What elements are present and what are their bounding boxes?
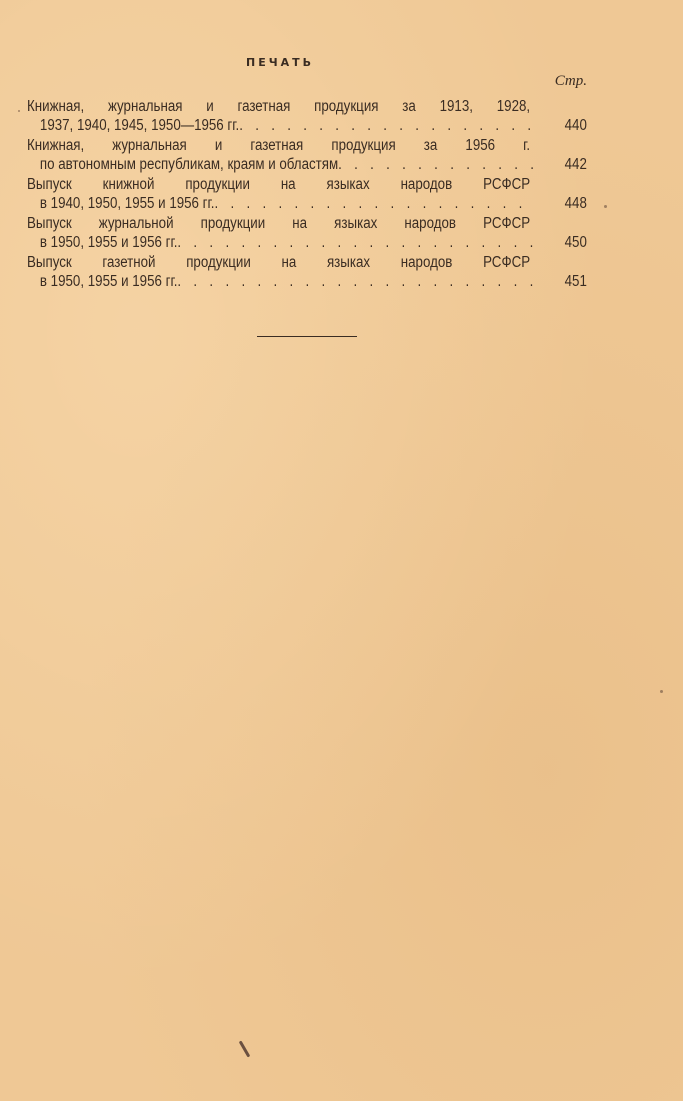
toc-entry-continuation: в 1950, 1955 и 1956 гг.. . . . . . . . .… (27, 233, 534, 252)
toc-entry-continuation: в 1950, 1955 и 1956 гг.. . . . . . . . .… (27, 272, 534, 291)
dot-leader: . . . . . . . . . . . . . . . . . . . . … (177, 234, 534, 251)
table-of-contents: Книжная, журнальная и газетная продукция… (27, 97, 587, 292)
toc-entry-title: Выпуск газетной продукции на языках наро… (27, 253, 530, 272)
toc-entry-page: 450 (565, 233, 587, 252)
toc-entry-continuation: 1937, 1940, 1945, 1950—1956 гг.. . . . .… (27, 116, 534, 135)
dot-leader: . . . . . . . . . . . . . . . . . . . . … (239, 117, 534, 134)
section-title: ПЕЧАТЬ (0, 56, 560, 69)
paper-speck (239, 1040, 251, 1057)
toc-entry: Книжная, журнальная и газетная продукция… (27, 97, 587, 135)
paper-speck (18, 110, 20, 112)
toc-entry-page: 442 (565, 155, 587, 174)
paper-speck (660, 690, 663, 693)
toc-entry-continuation: в 1940, 1950, 1955 и 1956 гг.. . . . . .… (27, 194, 534, 213)
toc-entry-title: Выпуск журнальной продукции на языках на… (27, 214, 530, 233)
toc-entry-page: 448 (565, 194, 587, 213)
page-column-label: Стр. (555, 73, 587, 90)
toc-entry-title: Книжная, журнальная и газетная продукция… (27, 136, 530, 155)
toc-entry: Книжная, журнальная и газетная продукция… (27, 136, 587, 174)
toc-entry-title: Выпуск книжной продукции на языках народ… (27, 175, 530, 194)
toc-entry-continuation: по автономным республикам, краям и облас… (27, 155, 534, 174)
toc-entry-title: Книжная, журнальная и газетная продукция… (27, 97, 530, 116)
dot-leader: . . . . . . . . . . . . . . . . . . . . … (177, 273, 534, 290)
paper-speck (604, 205, 607, 208)
toc-entry: Выпуск книжной продукции на языках народ… (27, 175, 587, 213)
toc-entry-page: 440 (565, 116, 587, 135)
dot-leader: . . . . . . . . . . . . . . . . . . . . … (214, 195, 534, 212)
toc-entry: Выпуск журнальной продукции на языках на… (27, 214, 587, 252)
dot-leader: . . . . . . . . . . . . . . . . . . . . … (338, 156, 534, 173)
section-divider (257, 336, 357, 337)
toc-entry-page: 451 (565, 272, 587, 291)
toc-entry: Выпуск газетной продукции на языках наро… (27, 253, 587, 291)
document-page: ПЕЧАТЬ Стр. Книжная, журнальная и газетн… (0, 0, 683, 1101)
